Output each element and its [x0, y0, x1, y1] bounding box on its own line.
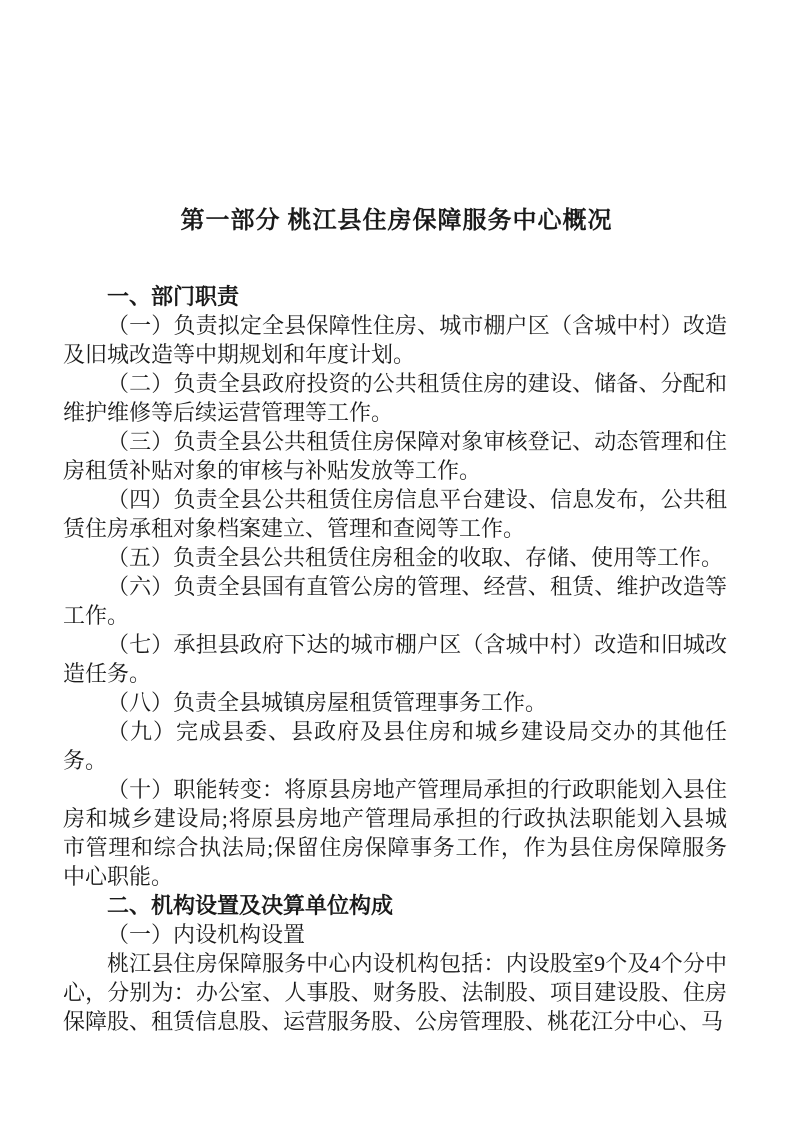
duty-item-2: （二）负责全县政府投资的公共租赁住房的建设、储备、分配和维护维修等后续运营管理等…	[63, 369, 727, 427]
org-subheading-internal-setup: （一）内设机构设置	[63, 920, 727, 949]
duty-item-6: （六）负责全县国有直管公房的管理、经营、租赁、维护改造等工作。	[63, 572, 727, 630]
duty-item-7: （七）承担县政府下达的城市棚户区（含城中村）改造和旧城改造任务。	[63, 630, 727, 688]
document-body: 一、部门职责 （一）负责拟定全县保障性住房、城市棚户区（含城中村）改造及旧城改造…	[63, 282, 727, 1036]
duty-item-8: （八）负责全县城镇房屋租赁管理事务工作。	[63, 688, 727, 717]
document-page: 第一部分 桃江县住房保障服务中心概况 一、部门职责 （一）负责拟定全县保障性住房…	[0, 0, 793, 1122]
section-heading-organization: 二、机构设置及决算单位构成	[63, 891, 727, 920]
duty-item-5: （五）负责全县公共租赁住房租金的收取、存储、使用等工作。	[63, 543, 727, 572]
duty-item-10: （十）职能转变：将原县房地产管理局承担的行政职能划入县住房和城乡建设局;将原县房…	[63, 775, 727, 891]
section-heading-duties: 一、部门职责	[63, 282, 727, 311]
duty-item-1: （一）负责拟定全县保障性住房、城市棚户区（含城中村）改造及旧城改造等中期规划和年…	[63, 311, 727, 369]
duty-item-9: （九）完成县委、县政府及县住房和城乡建设局交办的其他任务。	[63, 717, 727, 775]
duty-item-3: （三）负责全县公共租赁住房保障对象审核登记、动态管理和住房租赁补贴对象的审核与补…	[63, 427, 727, 485]
org-description-paragraph: 桃江县住房保障服务中心内设机构包括：内设股室9个及4个分中心，分别为：办公室、人…	[63, 949, 727, 1036]
duty-item-4: （四）负责全县公共租赁住房信息平台建设、信息发布，公共租赁住房承租对象档案建立、…	[63, 485, 727, 543]
document-title: 第一部分 桃江县住房保障服务中心概况	[0, 0, 793, 238]
